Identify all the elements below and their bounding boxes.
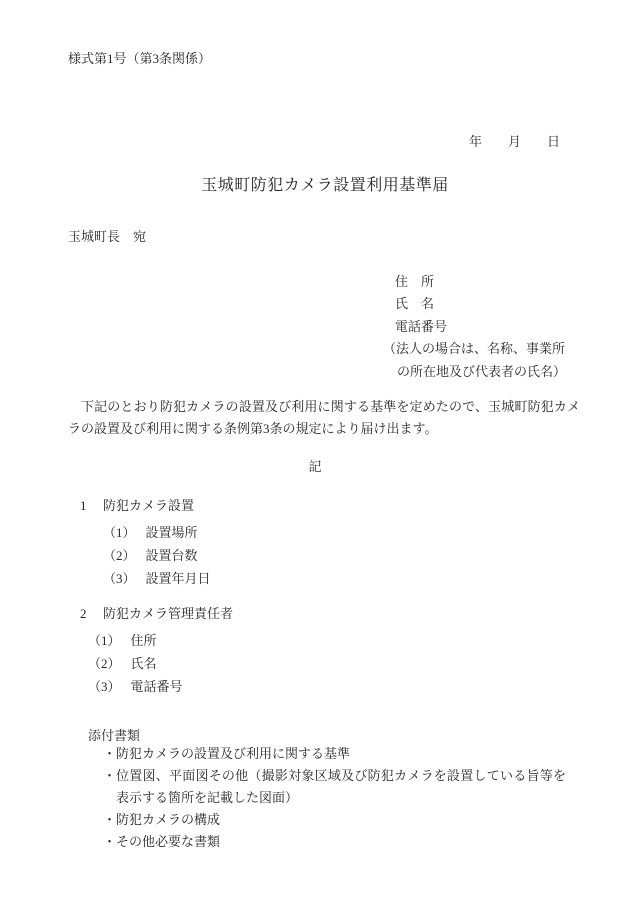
- attachment-text: 防犯カメラの構成: [116, 809, 566, 831]
- item-label: （1）: [88, 629, 121, 652]
- attachment-text: 位置図、平面図その他（撮影対象区域及び防犯カメラを設置している旨等を表示する箇所…: [116, 765, 566, 809]
- list-item: （1） 設置場所: [103, 521, 211, 544]
- item-text: 住所: [131, 629, 157, 652]
- item-text: 設置台数: [146, 544, 198, 567]
- item-text: 電話番号: [131, 675, 183, 698]
- bullet-icon: ・: [103, 809, 116, 831]
- section-1-title: 防犯カメラ設置: [103, 495, 194, 517]
- date-line: 年 月 日: [469, 131, 560, 153]
- document-title: 玉城町防犯カメラ設置利用基準届: [20, 174, 630, 198]
- record-marker: 記: [0, 456, 630, 478]
- attachment-item: ・ その他必要な書類: [103, 831, 566, 853]
- form-number: 様式第1号（第3条関係）: [68, 48, 211, 70]
- applicant-phone-label: 電話番号: [383, 316, 566, 338]
- item-label: （3）: [88, 675, 121, 698]
- list-item: （3） 電話番号: [88, 675, 233, 698]
- item-label: （2）: [103, 544, 136, 567]
- section-1-heading: 1 防犯カメラ設置: [80, 495, 211, 517]
- corporate-note-line1: （法人の場合は、名称、事業所: [383, 338, 566, 360]
- attachment-item: ・ 防犯カメラの構成: [103, 809, 566, 831]
- body-paragraph: 下記のとおり防犯カメラの設置及び利用に関する基準を定めたので、玉城町防犯カメラの…: [68, 396, 580, 440]
- bullet-icon: ・: [103, 831, 116, 853]
- item-text: 設置年月日: [146, 567, 211, 590]
- section-1-number: 1: [80, 495, 103, 517]
- item-text: 氏名: [131, 652, 157, 675]
- attachment-item: ・ 防犯カメラの設置及び利用に関する基準: [103, 743, 566, 765]
- list-item: （2） 氏名: [88, 652, 233, 675]
- list-item: （2） 設置台数: [103, 544, 211, 567]
- bullet-icon: ・: [103, 765, 116, 787]
- section-2-title: 防犯カメラ管理責任者: [103, 603, 233, 625]
- section-camera-manager: 2 防犯カメラ管理責任者 （1） 住所 （2） 氏名 （3） 電話番号: [80, 603, 233, 698]
- item-label: （3）: [103, 567, 136, 590]
- section-2-number: 2: [80, 603, 103, 625]
- applicant-name-label: 氏 名: [383, 293, 566, 315]
- list-item: （3） 設置年月日: [103, 567, 211, 590]
- section-2-items: （1） 住所 （2） 氏名 （3） 電話番号: [88, 629, 233, 698]
- item-label: （2）: [88, 652, 121, 675]
- item-text: 設置場所: [146, 521, 198, 544]
- section-camera-installation: 1 防犯カメラ設置 （1） 設置場所 （2） 設置台数 （3） 設置年月日: [80, 495, 211, 590]
- attachment-text: 防犯カメラの設置及び利用に関する基準: [116, 743, 566, 765]
- addressee-line: 玉城町長 宛: [68, 226, 146, 248]
- applicant-address-label: 住 所: [383, 271, 566, 293]
- attachment-text: その他必要な書類: [116, 831, 566, 853]
- section-1-items: （1） 設置場所 （2） 設置台数 （3） 設置年月日: [103, 521, 211, 590]
- attachments-list: ・ 防犯カメラの設置及び利用に関する基準 ・ 位置図、平面図その他（撮影対象区域…: [103, 743, 566, 853]
- applicant-block: 住 所 氏 名 電話番号 （法人の場合は、名称、事業所 の所在地及び代表者の氏名…: [383, 271, 566, 383]
- item-label: （1）: [103, 521, 136, 544]
- section-2-heading: 2 防犯カメラ管理責任者: [80, 603, 233, 625]
- corporate-note-line2: の所在地及び代表者の氏名）: [383, 361, 566, 383]
- list-item: （1） 住所: [88, 629, 233, 652]
- attachment-item: ・ 位置図、平面図その他（撮影対象区域及び防犯カメラを設置している旨等を表示する…: [103, 765, 566, 809]
- document-page: 様式第1号（第3条関係） 年 月 日 玉城町防犯カメラ設置利用基準届 玉城町長 …: [0, 0, 630, 915]
- bullet-icon: ・: [103, 743, 116, 765]
